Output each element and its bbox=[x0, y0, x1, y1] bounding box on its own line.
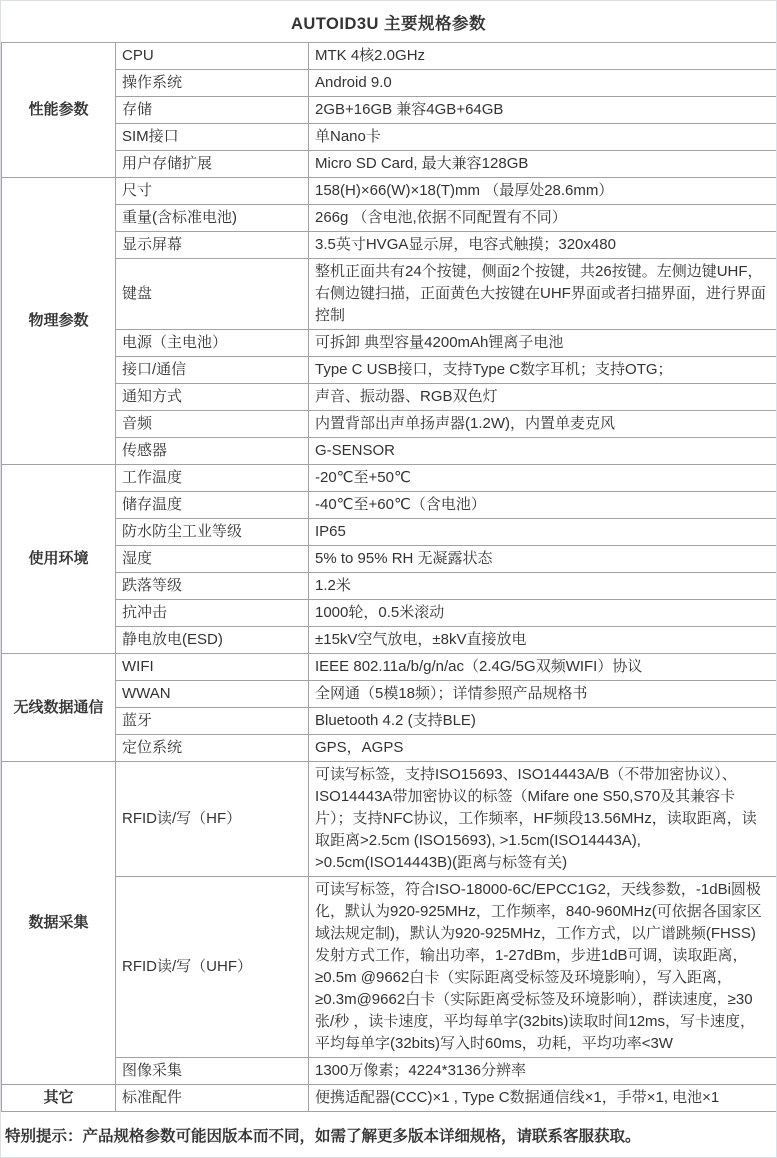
spec-label-cell: SIM接口 bbox=[116, 124, 309, 151]
spec-value-cell: Bluetooth 4.2 (支持BLE) bbox=[309, 708, 777, 735]
spec-label-cell: 防水防尘工业等级 bbox=[116, 519, 309, 546]
spec-value-cell: G-SENSOR bbox=[309, 438, 777, 465]
spec-label-cell: 传感器 bbox=[116, 438, 309, 465]
spec-category-cell: 物理参数 bbox=[2, 178, 116, 465]
spec-label-cell: 尺寸 bbox=[116, 178, 309, 205]
spec-value-cell: 内置背部出声单扬声器(1.2W)，内置单麦克风 bbox=[309, 411, 777, 438]
spec-row: 接口/通信Type C USB接口，支持Type C数字耳机；支持OTG； bbox=[2, 357, 777, 384]
spec-row: 静电放电(ESD)±15kV空气放电，±8kV直接放电 bbox=[2, 627, 777, 654]
spec-category-cell: 使用环境 bbox=[2, 465, 116, 654]
spec-value-cell: 声音、振动器、RGB双色灯 bbox=[309, 384, 777, 411]
spec-label-cell: 操作系统 bbox=[116, 70, 309, 97]
spec-row: 物理参数尺寸158(H)×66(W)×18(T)mm （最厚处28.6mm） bbox=[2, 178, 777, 205]
spec-row: 防水防尘工业等级IP65 bbox=[2, 519, 777, 546]
spec-label-cell: 重量(含标准电池) bbox=[116, 205, 309, 232]
spec-label-cell: 键盘 bbox=[116, 259, 309, 330]
footer-note: 特别提示：产品规格参数可能因版本而不同，如需了解更多版本详细规格，请联系客服获取… bbox=[1, 1126, 776, 1148]
spec-value-cell: IEEE 802.11a/b/g/n/ac（2.4G/5G双频WIFI）协议 bbox=[309, 654, 777, 681]
spec-label-cell: WWAN bbox=[116, 681, 309, 708]
spec-row: 性能参数CPUMTK 4核2.0GHz bbox=[2, 43, 777, 70]
spec-label-cell: 标准配件 bbox=[116, 1085, 309, 1112]
spec-label-cell: 蓝牙 bbox=[116, 708, 309, 735]
spec-row: 其它标准配件便携适配器(CCC)×1 , Type C数据通信线×1，手带×1,… bbox=[2, 1085, 777, 1112]
spec-value-cell: 单Nano卡 bbox=[309, 124, 777, 151]
spec-row: SIM接口单Nano卡 bbox=[2, 124, 777, 151]
spec-label-cell: 静电放电(ESD) bbox=[116, 627, 309, 654]
spec-row: 操作系统Android 9.0 bbox=[2, 70, 777, 97]
spec-row: 电源（主电池）可拆卸 典型容量4200mAh锂离子电池 bbox=[2, 330, 777, 357]
spec-value-cell: 全网通（5模18频）；详情参照产品规格书 bbox=[309, 681, 777, 708]
spec-label-cell: 接口/通信 bbox=[116, 357, 309, 384]
spec-label-cell: 音频 bbox=[116, 411, 309, 438]
spec-row: 显示屏幕3.5英寸HVGA显示屏，电容式触摸；320x480 bbox=[2, 232, 777, 259]
spec-label-cell: 电源（主电池） bbox=[116, 330, 309, 357]
spec-label-cell: RFID读/写（HF） bbox=[116, 762, 309, 877]
spec-value-cell: Micro SD Card, 最大兼容128GB bbox=[309, 151, 777, 178]
spec-row: WWAN全网通（5模18频）；详情参照产品规格书 bbox=[2, 681, 777, 708]
spec-label-cell: 湿度 bbox=[116, 546, 309, 573]
spec-value-cell: Android 9.0 bbox=[309, 70, 777, 97]
spec-row: 用户存储扩展Micro SD Card, 最大兼容128GB bbox=[2, 151, 777, 178]
spec-category-cell: 数据采集 bbox=[2, 762, 116, 1085]
spec-label-cell: 工作温度 bbox=[116, 465, 309, 492]
spec-table-body: 性能参数CPUMTK 4核2.0GHz操作系统Android 9.0存储2GB+… bbox=[2, 43, 777, 1112]
spec-value-cell: 266g （含电池,依据不同配置有不同） bbox=[309, 205, 777, 232]
spec-row: 通知方式声音、振动器、RGB双色灯 bbox=[2, 384, 777, 411]
spec-value-cell: 3.5英寸HVGA显示屏，电容式触摸；320x480 bbox=[309, 232, 777, 259]
page-title: AUTOID3U 主要规格参数 bbox=[291, 10, 486, 34]
spec-label-cell: 用户存储扩展 bbox=[116, 151, 309, 178]
spec-row: RFID读/写（UHF）可读写标签，符合ISO-18000-6C/EPCC1G2… bbox=[2, 877, 777, 1058]
spec-value-cell: 1000轮，0.5米滚动 bbox=[309, 600, 777, 627]
spec-value-cell: 可拆卸 典型容量4200mAh锂离子电池 bbox=[309, 330, 777, 357]
spec-row: 数据采集RFID读/写（HF）可读写标签，支持ISO15693、ISO14443… bbox=[2, 762, 777, 877]
spec-label-cell: 储存温度 bbox=[116, 492, 309, 519]
spec-row: 蓝牙Bluetooth 4.2 (支持BLE) bbox=[2, 708, 777, 735]
spec-label-cell: WIFI bbox=[116, 654, 309, 681]
spec-sheet-page: AUTOID3U 主要规格参数 性能参数CPUMTK 4核2.0GHz操作系统A… bbox=[0, 0, 777, 1158]
spec-value-cell: 5% to 95% RH 无凝露状态 bbox=[309, 546, 777, 573]
spec-label-cell: CPU bbox=[116, 43, 309, 70]
spec-row: 传感器G-SENSOR bbox=[2, 438, 777, 465]
spec-value-cell: 可读写标签，符合ISO-18000-6C/EPCC1G2，天线参数，-1dBi圆… bbox=[309, 877, 777, 1058]
spec-row: 键盘整机正面共有24个按键，侧面2个按键，共26按键。左侧边键UHF，右侧边键扫… bbox=[2, 259, 777, 330]
spec-row: 无线数据通信WIFIIEEE 802.11a/b/g/n/ac（2.4G/5G双… bbox=[2, 654, 777, 681]
spec-value-cell: ±15kV空气放电，±8kV直接放电 bbox=[309, 627, 777, 654]
title-bar: AUTOID3U 主要规格参数 bbox=[1, 1, 776, 42]
spec-row: 跌落等级1.2米 bbox=[2, 573, 777, 600]
spec-row: 存储2GB+16GB 兼容4GB+64GB bbox=[2, 97, 777, 124]
spec-row: 定位系统GPS，AGPS bbox=[2, 735, 777, 762]
spec-value-cell: 可读写标签，支持ISO15693、ISO14443A/B（不带加密协议）、ISO… bbox=[309, 762, 777, 877]
spec-category-cell: 性能参数 bbox=[2, 43, 116, 178]
spec-row: 图像采集1300万像素；4224*3136分辨率 bbox=[2, 1058, 777, 1085]
spec-row: 使用环境工作温度-20℃至+50℃ bbox=[2, 465, 777, 492]
spec-label-cell: 显示屏幕 bbox=[116, 232, 309, 259]
spec-table: 性能参数CPUMTK 4核2.0GHz操作系统Android 9.0存储2GB+… bbox=[1, 42, 777, 1112]
spec-value-cell: 2GB+16GB 兼容4GB+64GB bbox=[309, 97, 777, 124]
spec-row: 抗冲击1000轮，0.5米滚动 bbox=[2, 600, 777, 627]
spec-value-cell: -40℃至+60℃（含电池） bbox=[309, 492, 777, 519]
spec-category-cell: 其它 bbox=[2, 1085, 116, 1112]
spec-label-cell: RFID读/写（UHF） bbox=[116, 877, 309, 1058]
spec-category-cell: 无线数据通信 bbox=[2, 654, 116, 762]
spec-row: 湿度5% to 95% RH 无凝露状态 bbox=[2, 546, 777, 573]
spec-row: 储存温度-40℃至+60℃（含电池） bbox=[2, 492, 777, 519]
spec-value-cell: GPS，AGPS bbox=[309, 735, 777, 762]
spec-value-cell: -20℃至+50℃ bbox=[309, 465, 777, 492]
spec-label-cell: 图像采集 bbox=[116, 1058, 309, 1085]
spec-label-cell: 抗冲击 bbox=[116, 600, 309, 627]
spec-value-cell: MTK 4核2.0GHz bbox=[309, 43, 777, 70]
spec-value-cell: 158(H)×66(W)×18(T)mm （最厚处28.6mm） bbox=[309, 178, 777, 205]
spec-label-cell: 跌落等级 bbox=[116, 573, 309, 600]
spec-value-cell: 便携适配器(CCC)×1 , Type C数据通信线×1，手带×1, 电池×1 bbox=[309, 1085, 777, 1112]
spec-value-cell: 1300万像素；4224*3136分辨率 bbox=[309, 1058, 777, 1085]
spec-row: 重量(含标准电池)266g （含电池,依据不同配置有不同） bbox=[2, 205, 777, 232]
spec-row: 音频内置背部出声单扬声器(1.2W)，内置单麦克风 bbox=[2, 411, 777, 438]
spec-value-cell: IP65 bbox=[309, 519, 777, 546]
spec-label-cell: 通知方式 bbox=[116, 384, 309, 411]
spec-value-cell: 整机正面共有24个按键，侧面2个按键，共26按键。左侧边键UHF，右侧边键扫描，… bbox=[309, 259, 777, 330]
spec-label-cell: 存储 bbox=[116, 97, 309, 124]
spec-label-cell: 定位系统 bbox=[116, 735, 309, 762]
spec-value-cell: 1.2米 bbox=[309, 573, 777, 600]
spec-value-cell: Type C USB接口，支持Type C数字耳机；支持OTG； bbox=[309, 357, 777, 384]
